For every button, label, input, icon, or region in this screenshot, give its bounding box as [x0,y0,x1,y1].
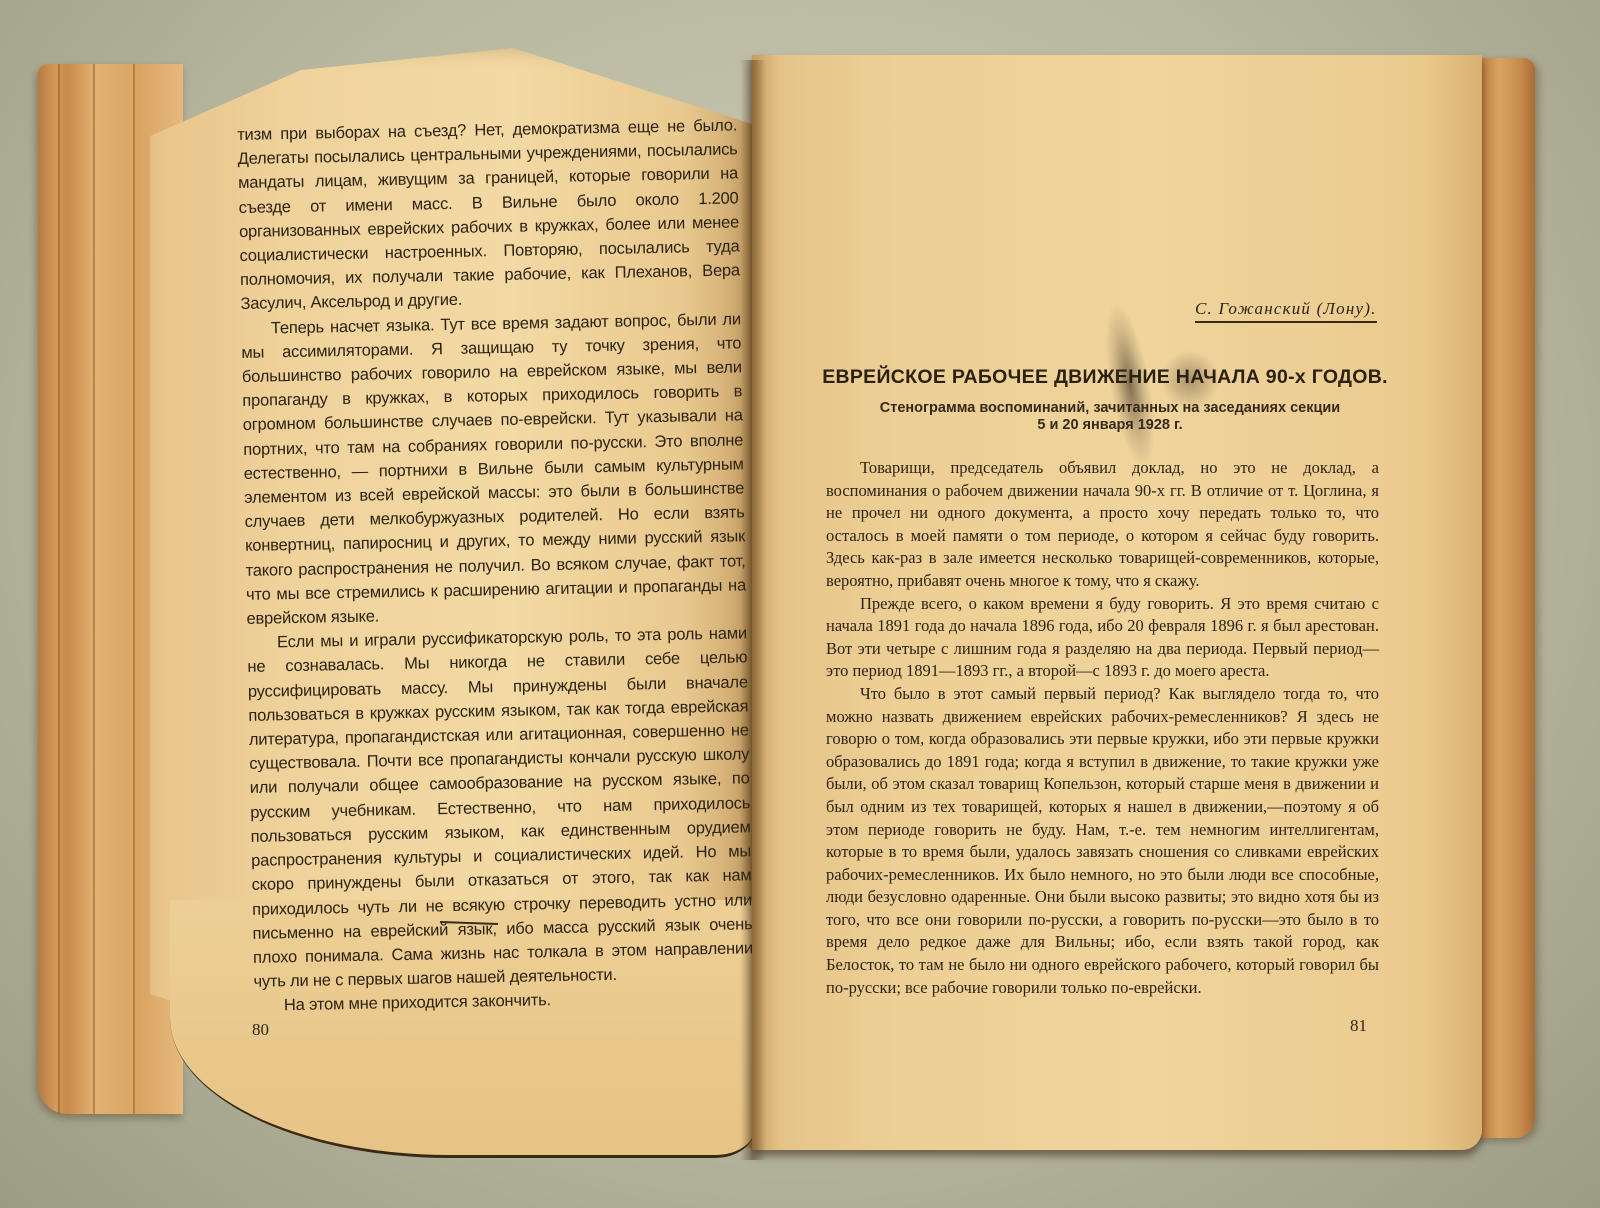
subtitle-line: 5 и 20 января 1928 г. [830,417,1390,434]
chapter-subtitle: Стенограмма воспоминаний, зачитанных на … [830,400,1390,434]
paragraph: Прежде всего, о каком времени я буду гов… [826,593,1379,683]
page-number-left: 80 [252,1020,269,1040]
open-book: тизм при выборах на съезд? Нет, демократ… [0,0,1600,1208]
paragraph: Товарищи, председатель объявил доклад, н… [826,457,1379,593]
paragraph: Что было в этот самый первый период? Как… [826,683,1379,999]
paragraph: тизм при выборах на съезд? Нет, демократ… [237,113,741,316]
right-page-body: Товарищи, председатель объявил доклад, н… [826,457,1379,999]
paragraph: Если мы и играли руссификаторскую роль, … [247,622,754,995]
subtitle-line: Стенограмма воспоминаний, зачитанных на … [830,400,1390,417]
paragraph: Теперь насчет языка. Тут все время задаю… [241,307,747,631]
left-page-body: тизм при выборах на съезд? Нет, демократ… [237,113,754,1018]
page-number-right: 81 [1350,1016,1367,1036]
author-byline: С. Гожанский (Лону). [1195,299,1377,323]
chapter-title: ЕВРЕЙСКОЕ РАБОЧЕЕ ДВИЖЕНИЕ НАЧАЛА 90-х Г… [820,366,1390,389]
